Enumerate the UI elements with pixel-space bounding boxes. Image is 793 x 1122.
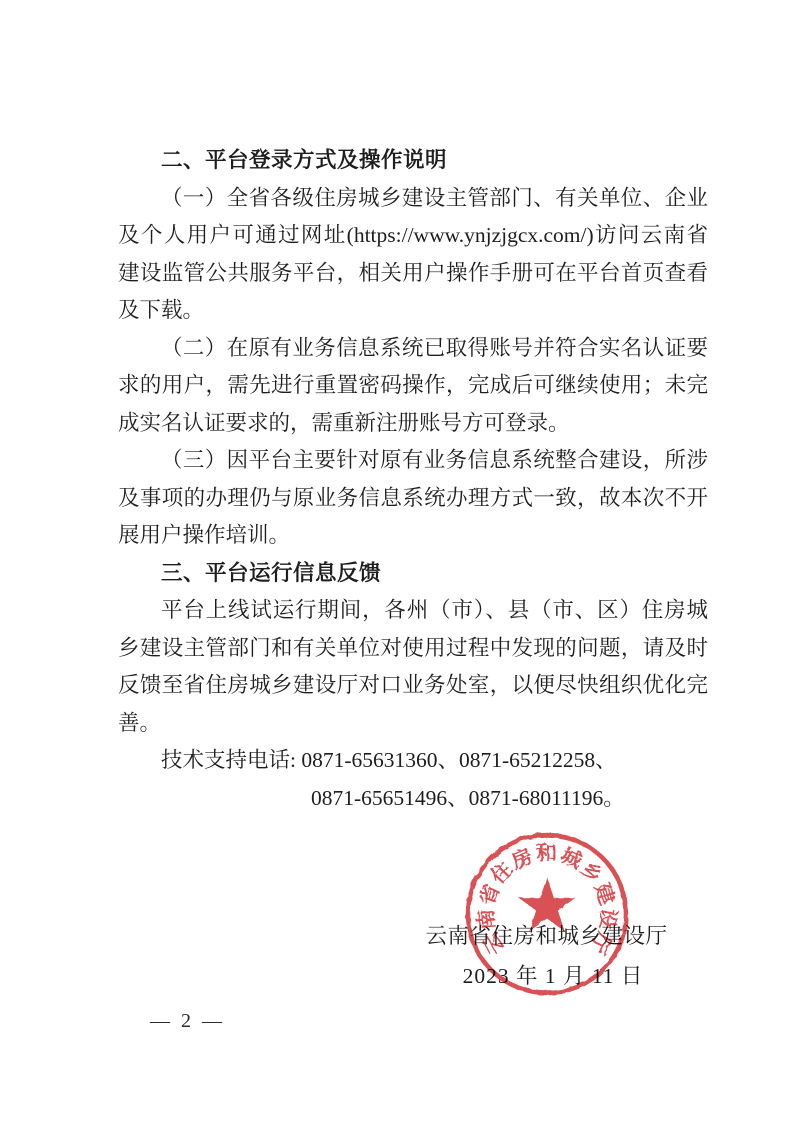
- document-page: 二、平台登录方式及操作说明 （一）全省各级住房城乡建设主管部门、有关单位、企业 …: [0, 0, 793, 1122]
- body-line: 及事项的办理仍与原业务信息系统办理方式一致，故本次不开: [118, 480, 708, 518]
- official-seal: 云南省住房和城乡建设厅: [452, 819, 642, 1009]
- section-heading-2: 二、平台登录方式及操作说明: [118, 142, 708, 180]
- section-heading-3: 三、平台运行信息反馈: [118, 555, 708, 593]
- body-line: 建设监管公共服务平台，相关用户操作手册可在平台首页查看: [118, 255, 708, 293]
- body-line: 及下载。: [118, 292, 708, 330]
- document-body: 二、平台登录方式及操作说明 （一）全省各级住房城乡建设主管部门、有关单位、企业 …: [118, 142, 708, 817]
- body-line: （二）在原有业务信息系统已取得账号并符合实名认证要: [118, 330, 708, 368]
- body-line: （三）因平台主要针对原有业务信息系统整合建设，所涉: [118, 442, 708, 480]
- support-phone-line: 0871-65651496、0871-68011196。: [118, 780, 708, 818]
- body-line: 及个人用户可通过网址(https://www.ynjzjgcx.com/)访问云…: [118, 217, 708, 255]
- body-line: 展用户操作培训。: [118, 517, 708, 555]
- support-phone-line: 技术支持电话: 0871-65631360、0871-65212258、: [118, 742, 708, 780]
- page-number: — 2 —: [150, 1010, 225, 1033]
- body-line: 求的用户，需先进行重置密码操作，完成后可继续使用；未完: [118, 367, 708, 405]
- seal-star-icon: [519, 877, 576, 931]
- body-line: （一）全省各级住房城乡建设主管部门、有关单位、企业: [118, 180, 708, 218]
- body-line: 乡建设主管部门和有关单位对使用过程中发现的问题，请及时: [118, 630, 708, 668]
- body-line: 成实名认证要求的，需重新注册账号方可登录。: [118, 405, 708, 443]
- body-line: 反馈至省住房城乡建设厅对口业务处室，以便尽快组织优化完: [118, 667, 708, 705]
- body-line: 平台上线试运行期间，各州（市）、县（市、区）住房城: [118, 592, 708, 630]
- body-line: 善。: [118, 705, 708, 743]
